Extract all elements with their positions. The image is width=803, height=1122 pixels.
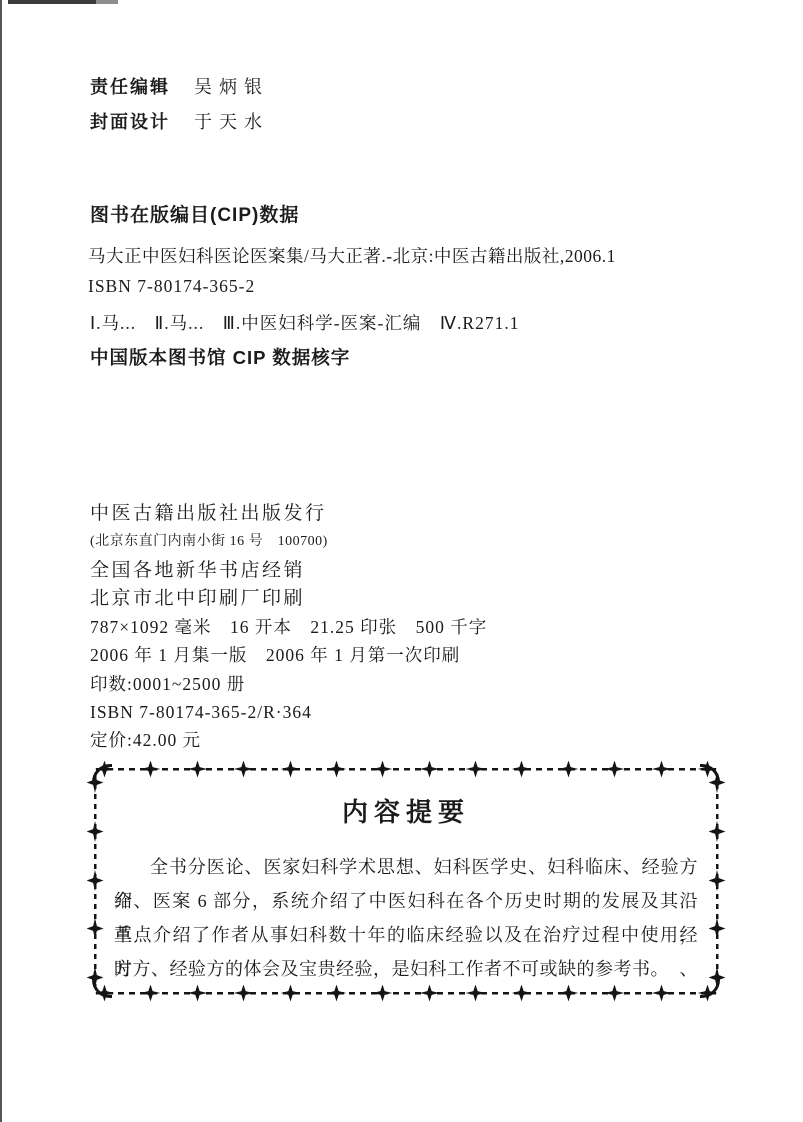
four-point-star-icon — [187, 761, 207, 778]
four-point-star-icon — [466, 761, 486, 778]
decorative-border-bottom — [96, 984, 716, 1002]
four-point-star-icon — [87, 918, 104, 939]
cip-isbn-line: ISBN 7-80174-365-2 — [88, 276, 255, 297]
summary-line: 绍、医案 6 部分，系统介绍了中医妇科在各个历史时期的发展及其沿革， — [114, 884, 698, 918]
scan-artifact-smudge — [96, 0, 118, 4]
four-point-star-icon — [709, 918, 726, 939]
isbn-price-line: ISBN 7-80174-365-2/R·364 — [90, 698, 487, 726]
four-point-star-icon — [709, 869, 726, 890]
four-point-star-icon — [605, 761, 625, 778]
publisher-line: 中医古籍出版社出版发行 — [90, 500, 487, 528]
print-run-line: 印数:0001~2500 册 — [90, 670, 487, 698]
four-point-star-icon — [512, 985, 532, 1002]
scan-edge-line — [0, 0, 2, 1122]
four-point-star-icon — [558, 985, 578, 1002]
cip-classification-line: Ⅰ.马... Ⅱ.马... Ⅲ.中医妇科学-医案-汇编 Ⅳ.R271.1 — [90, 310, 519, 335]
four-point-star-icon — [187, 985, 207, 1002]
cover-designer-name: 于天水 — [194, 112, 269, 132]
four-point-star-icon — [373, 761, 393, 778]
summary-body: 全书分医论、医家妇科学术思想、妇科医学史、妇科临床、经验方介 绍、医案 6 部分… — [114, 850, 698, 986]
editors-block: 责任编辑吴炳银 封面设计于天水 — [90, 70, 269, 140]
four-point-star-icon — [651, 985, 671, 1002]
cip-title-line: 马大正中医妇科医论医案集/马大正著.-北京:中医古籍出版社,2006.1 — [88, 243, 616, 268]
book-copyright-page: { "editors": [ { "label": "责任编辑", "name"… — [0, 0, 803, 1122]
summary-box: 内容提要 全书分医论、医家妇科学术思想、妇科医学史、妇科临床、经验方介 绍、医案… — [88, 760, 724, 1002]
cip-footer-line: 中国版本图书馆 CIP 数据核字 — [90, 344, 350, 370]
decorative-border-top — [96, 760, 716, 778]
corner-hook-top-left — [92, 764, 112, 784]
four-point-star-icon — [605, 985, 625, 1002]
four-point-star-icon — [512, 761, 532, 778]
four-point-star-icon — [327, 761, 347, 778]
cover-designer-line: 封面设计于天水 — [90, 105, 269, 140]
four-point-star-icon — [87, 869, 104, 890]
summary-line: 时方、经验方的体会及宝贵经验，是妇科工作者不可或缺的参考书。 — [114, 952, 698, 986]
imprint-block: 中医古籍出版社出版发行 (北京东直门内南小街 16 号 100700) 全国各地… — [90, 500, 487, 755]
four-point-star-icon — [234, 985, 254, 1002]
cip-heading: 图书在版编目(CIP)数据 — [90, 200, 299, 227]
format-line: 787×1092 毫米 16 开本 21.25 印张 500 千字 — [90, 613, 487, 641]
responsible-editor-label: 责任编辑 — [90, 77, 170, 97]
corner-hook-top-right — [700, 764, 720, 784]
distributor-line: 全国各地新华书店经销 — [90, 557, 487, 585]
summary-title: 内容提要 — [88, 792, 724, 829]
four-point-star-icon — [280, 761, 300, 778]
four-point-star-icon — [234, 761, 254, 778]
price-line: 定价:42.00 元 — [90, 726, 487, 754]
four-point-star-icon — [651, 761, 671, 778]
four-point-star-icon — [373, 985, 393, 1002]
four-point-star-icon — [327, 985, 347, 1002]
scan-artifact-bar — [8, 0, 96, 4]
four-point-star-icon — [141, 985, 161, 1002]
responsible-editor-line: 责任编辑吴炳银 — [90, 70, 269, 105]
edition-line: 2006 年 1 月集一版 2006 年 1 月第一次印刷 — [90, 641, 487, 669]
four-point-star-icon — [141, 761, 161, 778]
four-point-star-icon — [280, 985, 300, 1002]
corner-hook-bottom-left — [92, 978, 112, 998]
responsible-editor-name: 吴炳银 — [194, 77, 269, 97]
summary-line: 全书分医论、医家妇科学术思想、妇科医学史、妇科临床、经验方介 — [114, 850, 698, 884]
four-point-star-icon — [558, 761, 578, 778]
four-point-star-icon — [419, 761, 439, 778]
address-line: (北京东直门内南小街 16 号 100700) — [90, 528, 487, 556]
four-point-star-icon — [419, 985, 439, 1002]
summary-line: 重点介绍了作者从事妇科数十年的临床经验以及在治疗过程中使用经方、 — [114, 918, 698, 952]
cover-designer-label: 封面设计 — [90, 112, 170, 132]
corner-hook-bottom-right — [700, 978, 720, 998]
four-point-star-icon — [466, 985, 486, 1002]
printer-line: 北京市北中印刷厂印刷 — [90, 585, 487, 613]
